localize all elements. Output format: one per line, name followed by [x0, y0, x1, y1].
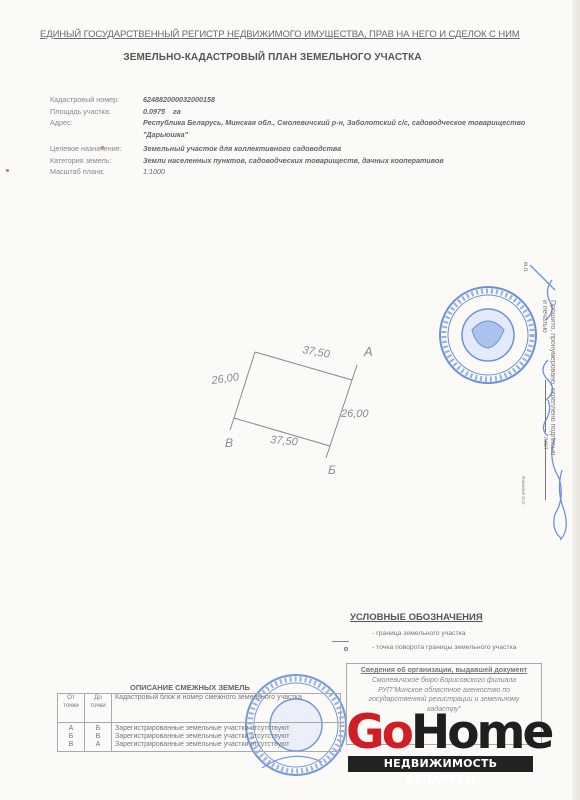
header-from: Отточки — [58, 694, 85, 723]
legend-item-turn-point: - точка поворота границы земельного учас… — [372, 644, 517, 651]
certification-text-line-1: Прошито, пронумеровано, скреплено подпис… — [549, 300, 556, 455]
table-row: В А Зарегистрированные земельные участки… — [58, 741, 341, 752]
table-row: Б В Зарегистрированные земельные участки… — [58, 733, 341, 741]
table-header: Отточки Доточки Кадастровый блок и номер… — [58, 694, 341, 723]
point-label-b: Б — [328, 463, 336, 477]
side-length-top: 37,50 — [301, 344, 331, 361]
boundary-line-symbol — [332, 641, 349, 642]
point-label-v: В — [225, 436, 233, 450]
side-length-right: 26,00 — [340, 408, 369, 420]
header-description: Кадастровый блок и номер смежного земель… — [112, 694, 341, 723]
table-row: А Б Зарегистрированные земельные участки… — [58, 723, 341, 734]
signer-name-caption: Фамилия И.О. — [521, 476, 526, 506]
turn-point-symbol — [344, 647, 348, 651]
logo-tagline: НЕДВИЖИМОСТЬ БЕЛАРУСИ — [348, 756, 533, 772]
sheets-underline — [545, 380, 546, 432]
seal-place-label: м.п. — [522, 262, 528, 273]
certification-text-line-2: и печатью — [541, 300, 548, 333]
official-stamp-right — [440, 287, 536, 383]
side-length-left: 26,00 — [210, 371, 241, 387]
legend-title: УСЛОВНЫЕ ОБОЗНАЧЕНИЯ — [350, 612, 483, 623]
signature-underline — [545, 440, 546, 500]
header-to: Доточки — [85, 694, 112, 723]
organization-title: Сведения об организации, выдавшей докуме… — [347, 667, 541, 674]
adjacent-lands-title: ОПИСАНИЕ СМЕЖНЫХ ЗЕМЕЛЬ — [130, 683, 250, 692]
side-length-bottom: 37,50 — [270, 434, 299, 448]
logo-go: Go — [346, 705, 411, 760]
point-label-a: А — [363, 344, 373, 359]
logo-home: Home — [411, 705, 551, 760]
gohome-logo: GoHome — [346, 709, 551, 757]
adjacent-lands-table: Отточки Доточки Кадастровый блок и номер… — [57, 693, 341, 752]
legend-item-boundary: - граница земельного участка — [372, 630, 466, 637]
